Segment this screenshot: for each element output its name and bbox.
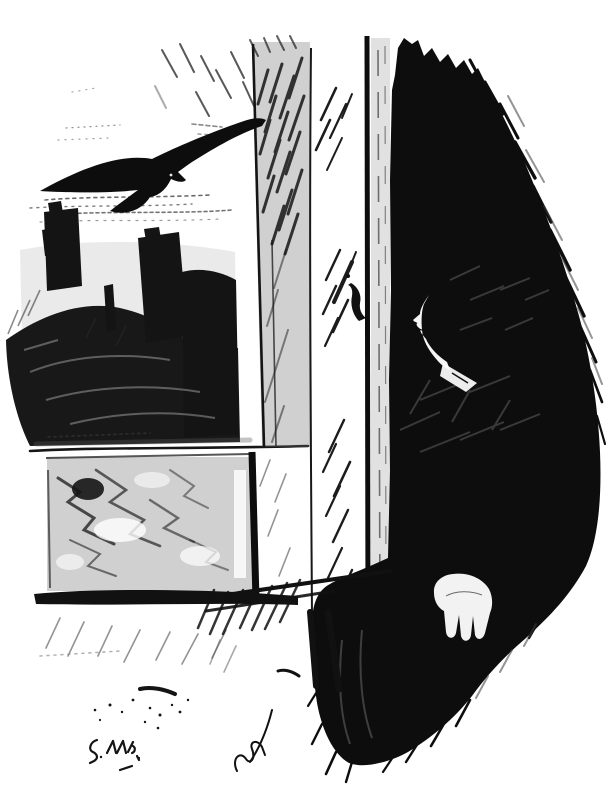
illustration-page: Black-and-white ink illustration: a man …	[0, 0, 607, 800]
eye	[428, 312, 431, 315]
latch-screw	[346, 274, 350, 278]
artwork-canvas: Black-and-white ink illustration: a man …	[0, 0, 607, 800]
raven-eye	[170, 174, 173, 177]
casement-right-bar	[367, 36, 368, 620]
pane-dark-blob	[72, 478, 104, 500]
